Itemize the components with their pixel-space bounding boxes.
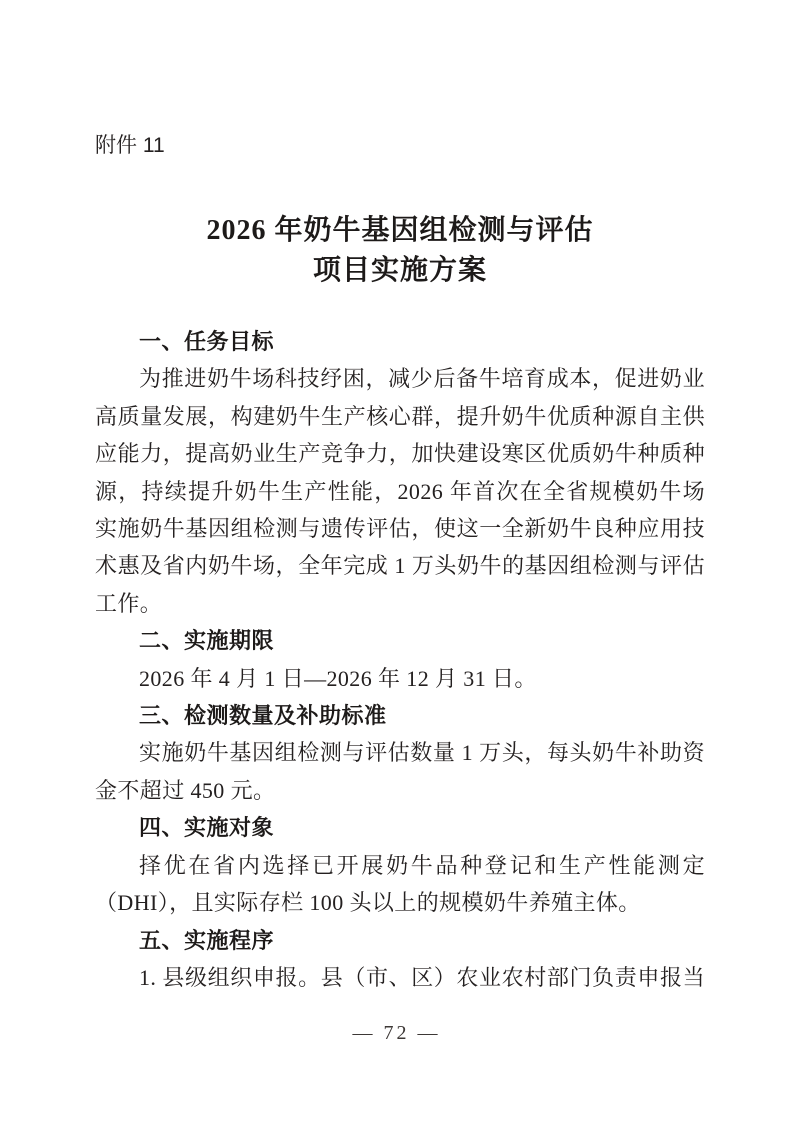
section-paragraph-quantity-subsidy: 实施奶牛基因组检测与评估数量 1 万头，每头奶牛补助资金不超过 450 元。 bbox=[95, 734, 705, 809]
section-paragraph-implementation-targets: 择优在省内选择已开展奶牛品种登记和生产性能测定（DHI），且实际存栏 100 头… bbox=[95, 847, 705, 922]
document-title-line2: 项目实施方案 bbox=[95, 251, 705, 291]
document-body: 一、任务目标 为推进奶牛场科技纾困，减少后备牛培育成本，促进奶业高质量发展，构建… bbox=[95, 323, 705, 996]
section-heading-quantity-subsidy: 三、检测数量及补助标准 bbox=[95, 697, 705, 734]
section-paragraph-implementation-period: 2026 年 4 月 1 日—2026 年 12 月 31 日。 bbox=[95, 660, 705, 697]
section-heading-implementation-period: 二、实施期限 bbox=[95, 622, 705, 659]
page-number: — 72 — bbox=[0, 1022, 793, 1045]
section-heading-implementation-targets: 四、实施对象 bbox=[95, 809, 705, 846]
attachment-label: 附件 11 bbox=[0, 0, 793, 159]
document-title: 2026 年奶牛基因组检测与评估 项目实施方案 bbox=[95, 211, 705, 291]
section-paragraph-implementation-procedure: 1. 县级组织申报。县（市、区）农业农村部门负责申报当 bbox=[95, 959, 705, 996]
section-heading-task-goals: 一、任务目标 bbox=[95, 323, 705, 360]
document-title-line1: 2026 年奶牛基因组检测与评估 bbox=[95, 211, 705, 251]
document-page: 附件 11 2026 年奶牛基因组检测与评估 项目实施方案 一、任务目标 为推进… bbox=[0, 0, 793, 1122]
section-paragraph-task-goals: 为推进奶牛场科技纾困，减少后备牛培育成本，促进奶业高质量发展，构建奶牛生产核心群… bbox=[95, 360, 705, 622]
section-heading-implementation-procedure: 五、实施程序 bbox=[95, 922, 705, 959]
